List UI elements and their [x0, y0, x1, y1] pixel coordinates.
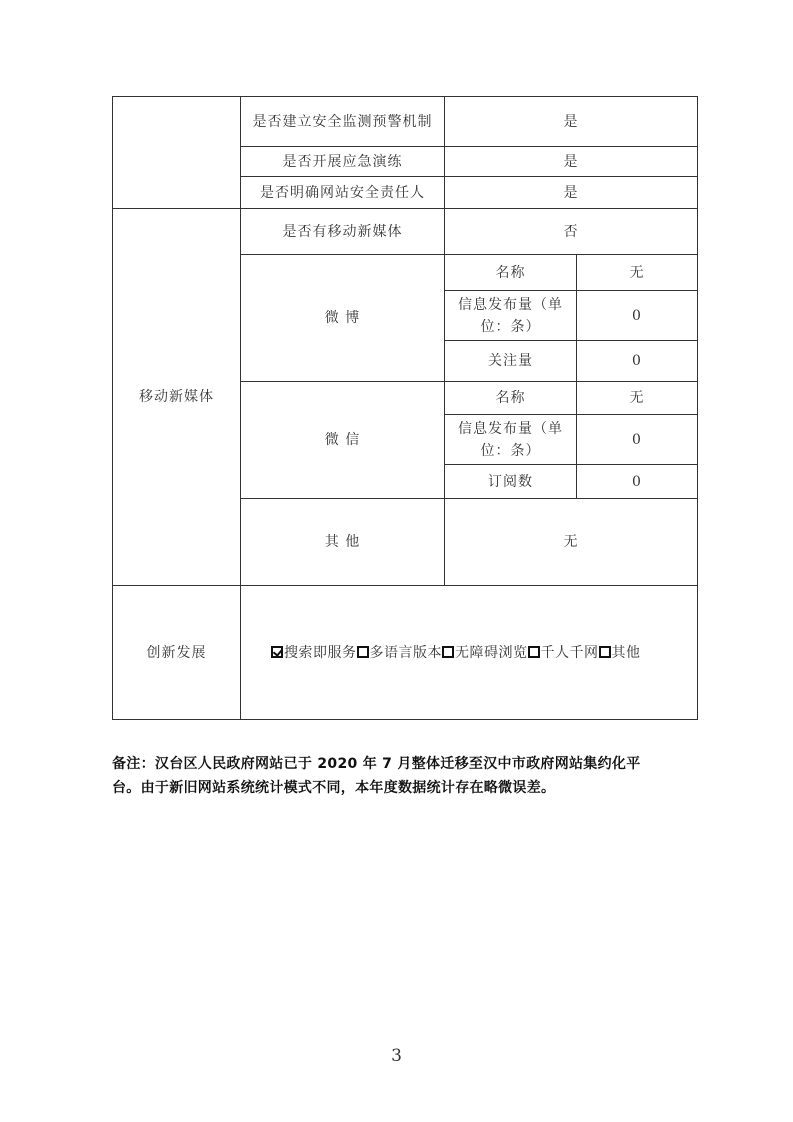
field-label: 信息发布量（单位：条） — [445, 291, 577, 341]
checkbox-empty-icon — [528, 646, 540, 658]
field-value: 0 — [577, 465, 698, 499]
option-label: 其他 — [612, 645, 641, 661]
wechat-label: 微 信 — [241, 382, 445, 499]
section-label-mobile-media: 移动新媒体 — [113, 209, 241, 586]
row-value: 否 — [445, 209, 698, 255]
field-label: 信息发布量（单位：条） — [445, 415, 577, 465]
checkbox-empty-icon — [599, 646, 611, 658]
table-row: 创新发展 搜索即服务多语言版本无障碍浏览千人千网其他 — [113, 586, 698, 720]
field-value: 0 — [577, 415, 698, 465]
table-row: 是否建立安全监测预警机制 是 — [113, 97, 698, 147]
other-label: 其 他 — [241, 499, 445, 586]
field-value: 0 — [577, 341, 698, 382]
weibo-label: 微 博 — [241, 255, 445, 382]
row-label: 是否建立安全监测预警机制 — [241, 97, 445, 147]
checkbox-checked-icon — [271, 646, 283, 658]
footnote-line-2: 台。由于新旧网站系统统计模式不同，本年度数据统计存在略微误差。 — [112, 776, 702, 800]
checkbox-empty-icon — [442, 646, 454, 658]
table-row: 移动新媒体 是否有移动新媒体 否 — [113, 209, 698, 255]
other-value: 无 — [445, 499, 698, 586]
document-page: 是否建立安全监测预警机制 是 是否开展应急演练 是 是否明确网站安全责任人 是 … — [0, 0, 793, 1122]
row-value: 是 — [445, 177, 698, 209]
footnote-line-1: 备注：汉台区人民政府网站已于 2020 年 7 月整体迁移至汉中市政府网站集约化… — [112, 752, 702, 776]
field-label: 名称 — [445, 255, 577, 291]
option-label: 搜索即服务 — [284, 645, 357, 661]
option-label: 无障碍浏览 — [455, 645, 528, 661]
section-cell-security — [113, 97, 241, 209]
checkbox-empty-icon — [357, 646, 369, 658]
section-label-innovation: 创新发展 — [113, 586, 241, 720]
field-value: 0 — [577, 291, 698, 341]
row-value: 是 — [445, 97, 698, 147]
field-label: 订阅数 — [445, 465, 577, 499]
row-label: 是否开展应急演练 — [241, 147, 445, 177]
innovation-options: 搜索即服务多语言版本无障碍浏览千人千网其他 — [241, 586, 698, 720]
option-label: 千人千网 — [541, 645, 599, 661]
option-label: 多语言版本 — [370, 645, 443, 661]
page-number: 3 — [0, 1046, 793, 1066]
field-value: 无 — [577, 255, 698, 291]
row-value: 是 — [445, 147, 698, 177]
field-value: 无 — [577, 382, 698, 415]
row-label: 是否有移动新媒体 — [241, 209, 445, 255]
field-label: 名称 — [445, 382, 577, 415]
field-label: 关注量 — [445, 341, 577, 382]
footnote: 备注：汉台区人民政府网站已于 2020 年 7 月整体迁移至汉中市政府网站集约化… — [112, 752, 702, 800]
row-label: 是否明确网站安全责任人 — [241, 177, 445, 209]
report-table: 是否建立安全监测预警机制 是 是否开展应急演练 是 是否明确网站安全责任人 是 … — [112, 96, 698, 720]
